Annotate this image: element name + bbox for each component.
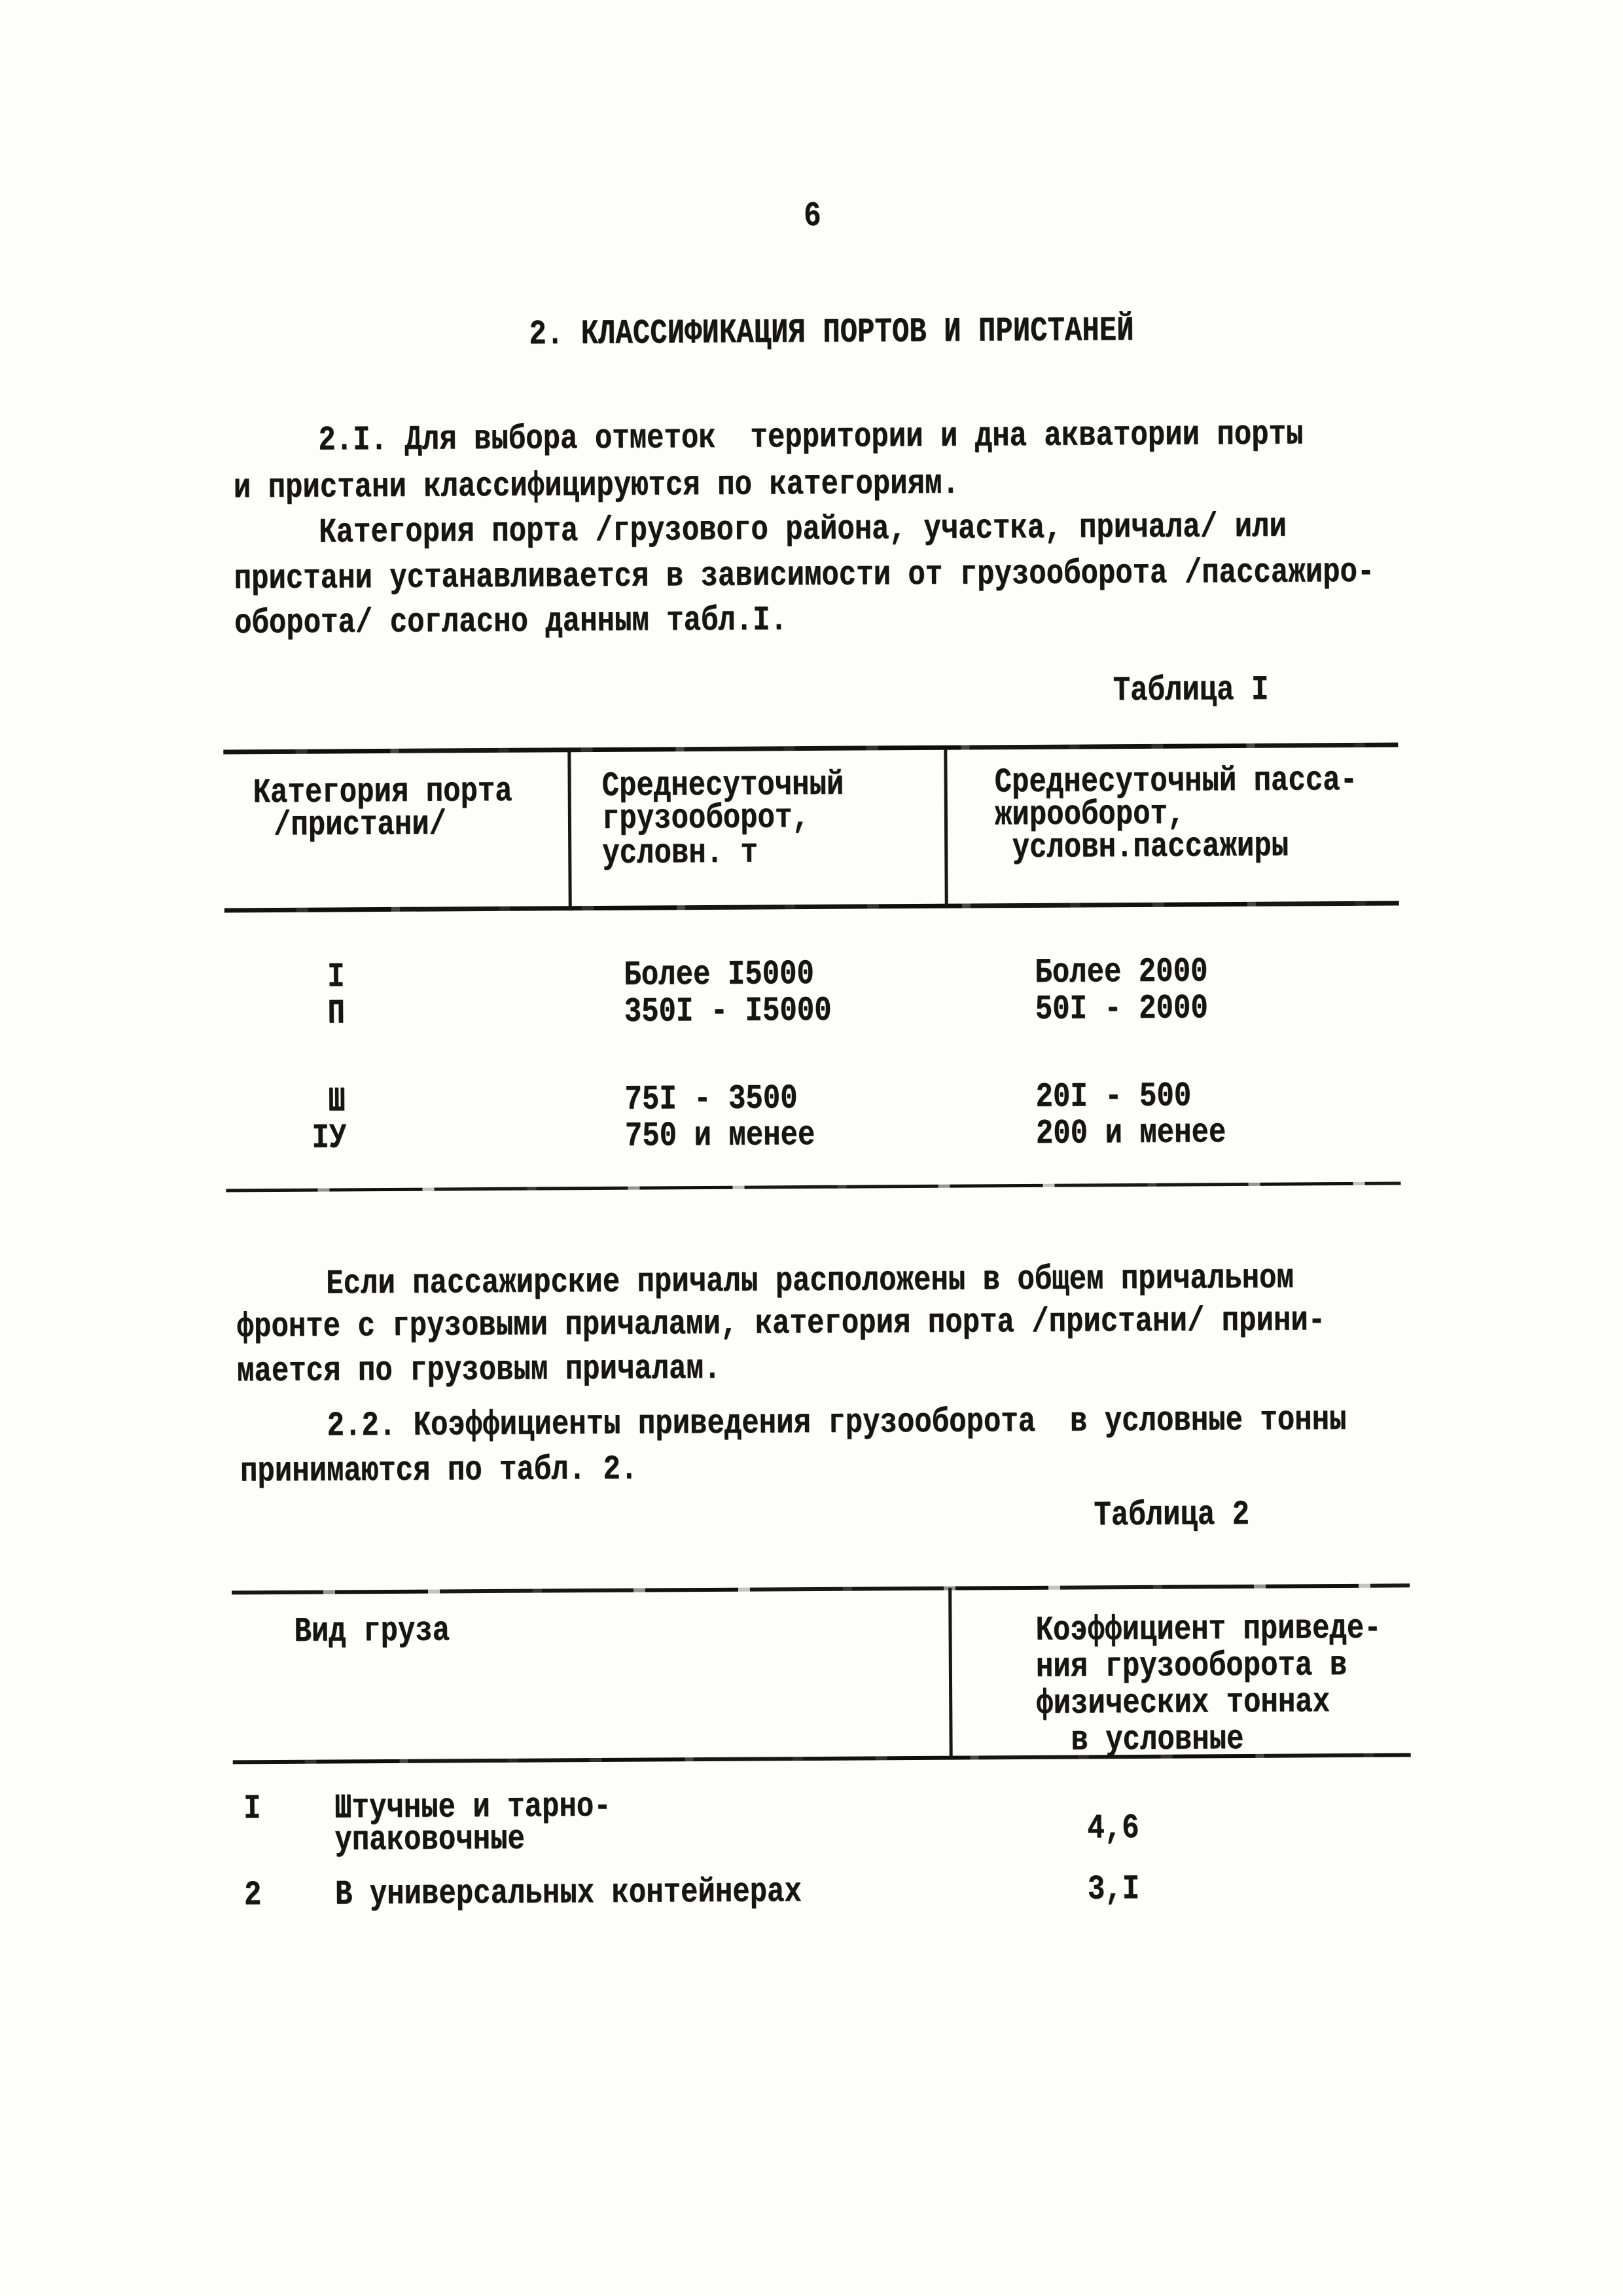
para-2-1-line-1: 2.I. Для выбора отметок территории и дна… [318, 416, 1303, 460]
para-2-1-line-4: пристани устанавливается в зависимости о… [234, 554, 1375, 600]
para-2-2-line-2: принимаются по табл. 2. [240, 1451, 638, 1492]
table-2-row-1-value: 4,6 [1087, 1810, 1139, 1849]
table-1-header-separator [224, 901, 1399, 913]
para-2-1-line-2: и пристани классифицируются по категория… [234, 465, 959, 509]
para-2-1-line-3: Категория порта /грузового района, участ… [319, 509, 1287, 553]
table-1-column-rule-2 [944, 748, 948, 908]
table-2-column-rule [948, 1588, 953, 1759]
table-1-row-2-category: П [297, 995, 376, 1034]
table-2-label: Таблица 2 [1094, 1496, 1249, 1536]
table-1-bottom-border [226, 1182, 1400, 1193]
para-general-line-2: фронте с грузовыми причалами, категория … [237, 1302, 1326, 1347]
table-2-row-1-number: I [243, 1790, 261, 1829]
table-2-row-1-text-line2: упаковочные [334, 1821, 525, 1861]
table-2-header-col2-line4: в условные [1036, 1721, 1243, 1761]
table-1-label: Таблица I [1113, 672, 1269, 711]
table-2-header-col1: Вид груза [294, 1612, 450, 1652]
table-1-row-1-passengers: Более 2000 [1035, 953, 1207, 993]
table-1-column-rule-1 [567, 750, 571, 910]
para-general-line-3: мается по грузовым причалам. [237, 1350, 721, 1392]
table-1-row-4-passengers: 200 и менее [1036, 1114, 1226, 1154]
table-1: Категория порта /пристани/ Среднесуточны… [223, 743, 1400, 1193]
table-1-row-4-cargo: 750 и менее [625, 1117, 815, 1157]
table-1-row-1-category: I [296, 958, 375, 997]
scanned-page: 6 2. КЛАССИФИКАЦИЯ ПОРТОВ И ПРИСТАНЕЙ 2.… [0, 0, 1623, 2296]
table-2-row-2-number: 2 [244, 1876, 262, 1915]
table-1-top-border [223, 743, 1398, 755]
table-1-row-2-cargo: 350I - I5000 [624, 992, 832, 1032]
table-1-header-col2-line3: условн. т [602, 834, 758, 874]
table-1-row-2-passengers: 50I - 2000 [1035, 990, 1208, 1030]
table-1-header-col3-line3: условн.пассажиры [995, 828, 1289, 869]
table-1-row-3-category: Ш [297, 1083, 376, 1122]
table-2-header-col2-line1: Коэффициент приведе- [1035, 1610, 1381, 1651]
table-1-row-1-cargo: Более I5000 [624, 956, 814, 996]
table-1-row-4-category: IУ [290, 1119, 368, 1158]
section-heading: 2. КЛАССИФИКАЦИЯ ПОРТОВ И ПРИСТАНЕЙ [529, 312, 1134, 355]
page-content: 6 2. КЛАССИФИКАЦИЯ ПОРТОВ И ПРИСТАНЕЙ 2.… [0, 0, 1623, 2296]
para-2-1-line-5: оборота/ согласно данным табл.I. [234, 601, 787, 643]
table-2-row-2-text-line1: В универсальных контейнерах [335, 1873, 802, 1914]
table-2-header-col2-line3: физических тоннах [1036, 1683, 1330, 1724]
table-1-header-col1-line2: /пристани/ [274, 806, 446, 846]
table-2-header-col2-line2: ния грузооборота в [1036, 1647, 1347, 1687]
table-1-row-3-cargo: 75I - 3500 [624, 1080, 797, 1120]
table-2-top-border [232, 1583, 1410, 1594]
table-1-row-3-passengers: 20I - 500 [1035, 1077, 1191, 1117]
page-number: 6 [747, 197, 878, 236]
table-2: Вид груза Коэффициент приведе- ния грузо… [232, 1583, 1411, 1764]
para-2-2-line-1: 2.2. Коэффициенты приведения грузооборот… [327, 1401, 1346, 1446]
table-2-row-2-value: 3,I [1088, 1871, 1140, 1910]
para-general-line-1: Если пассажирские причалы расположены в … [326, 1260, 1294, 1304]
